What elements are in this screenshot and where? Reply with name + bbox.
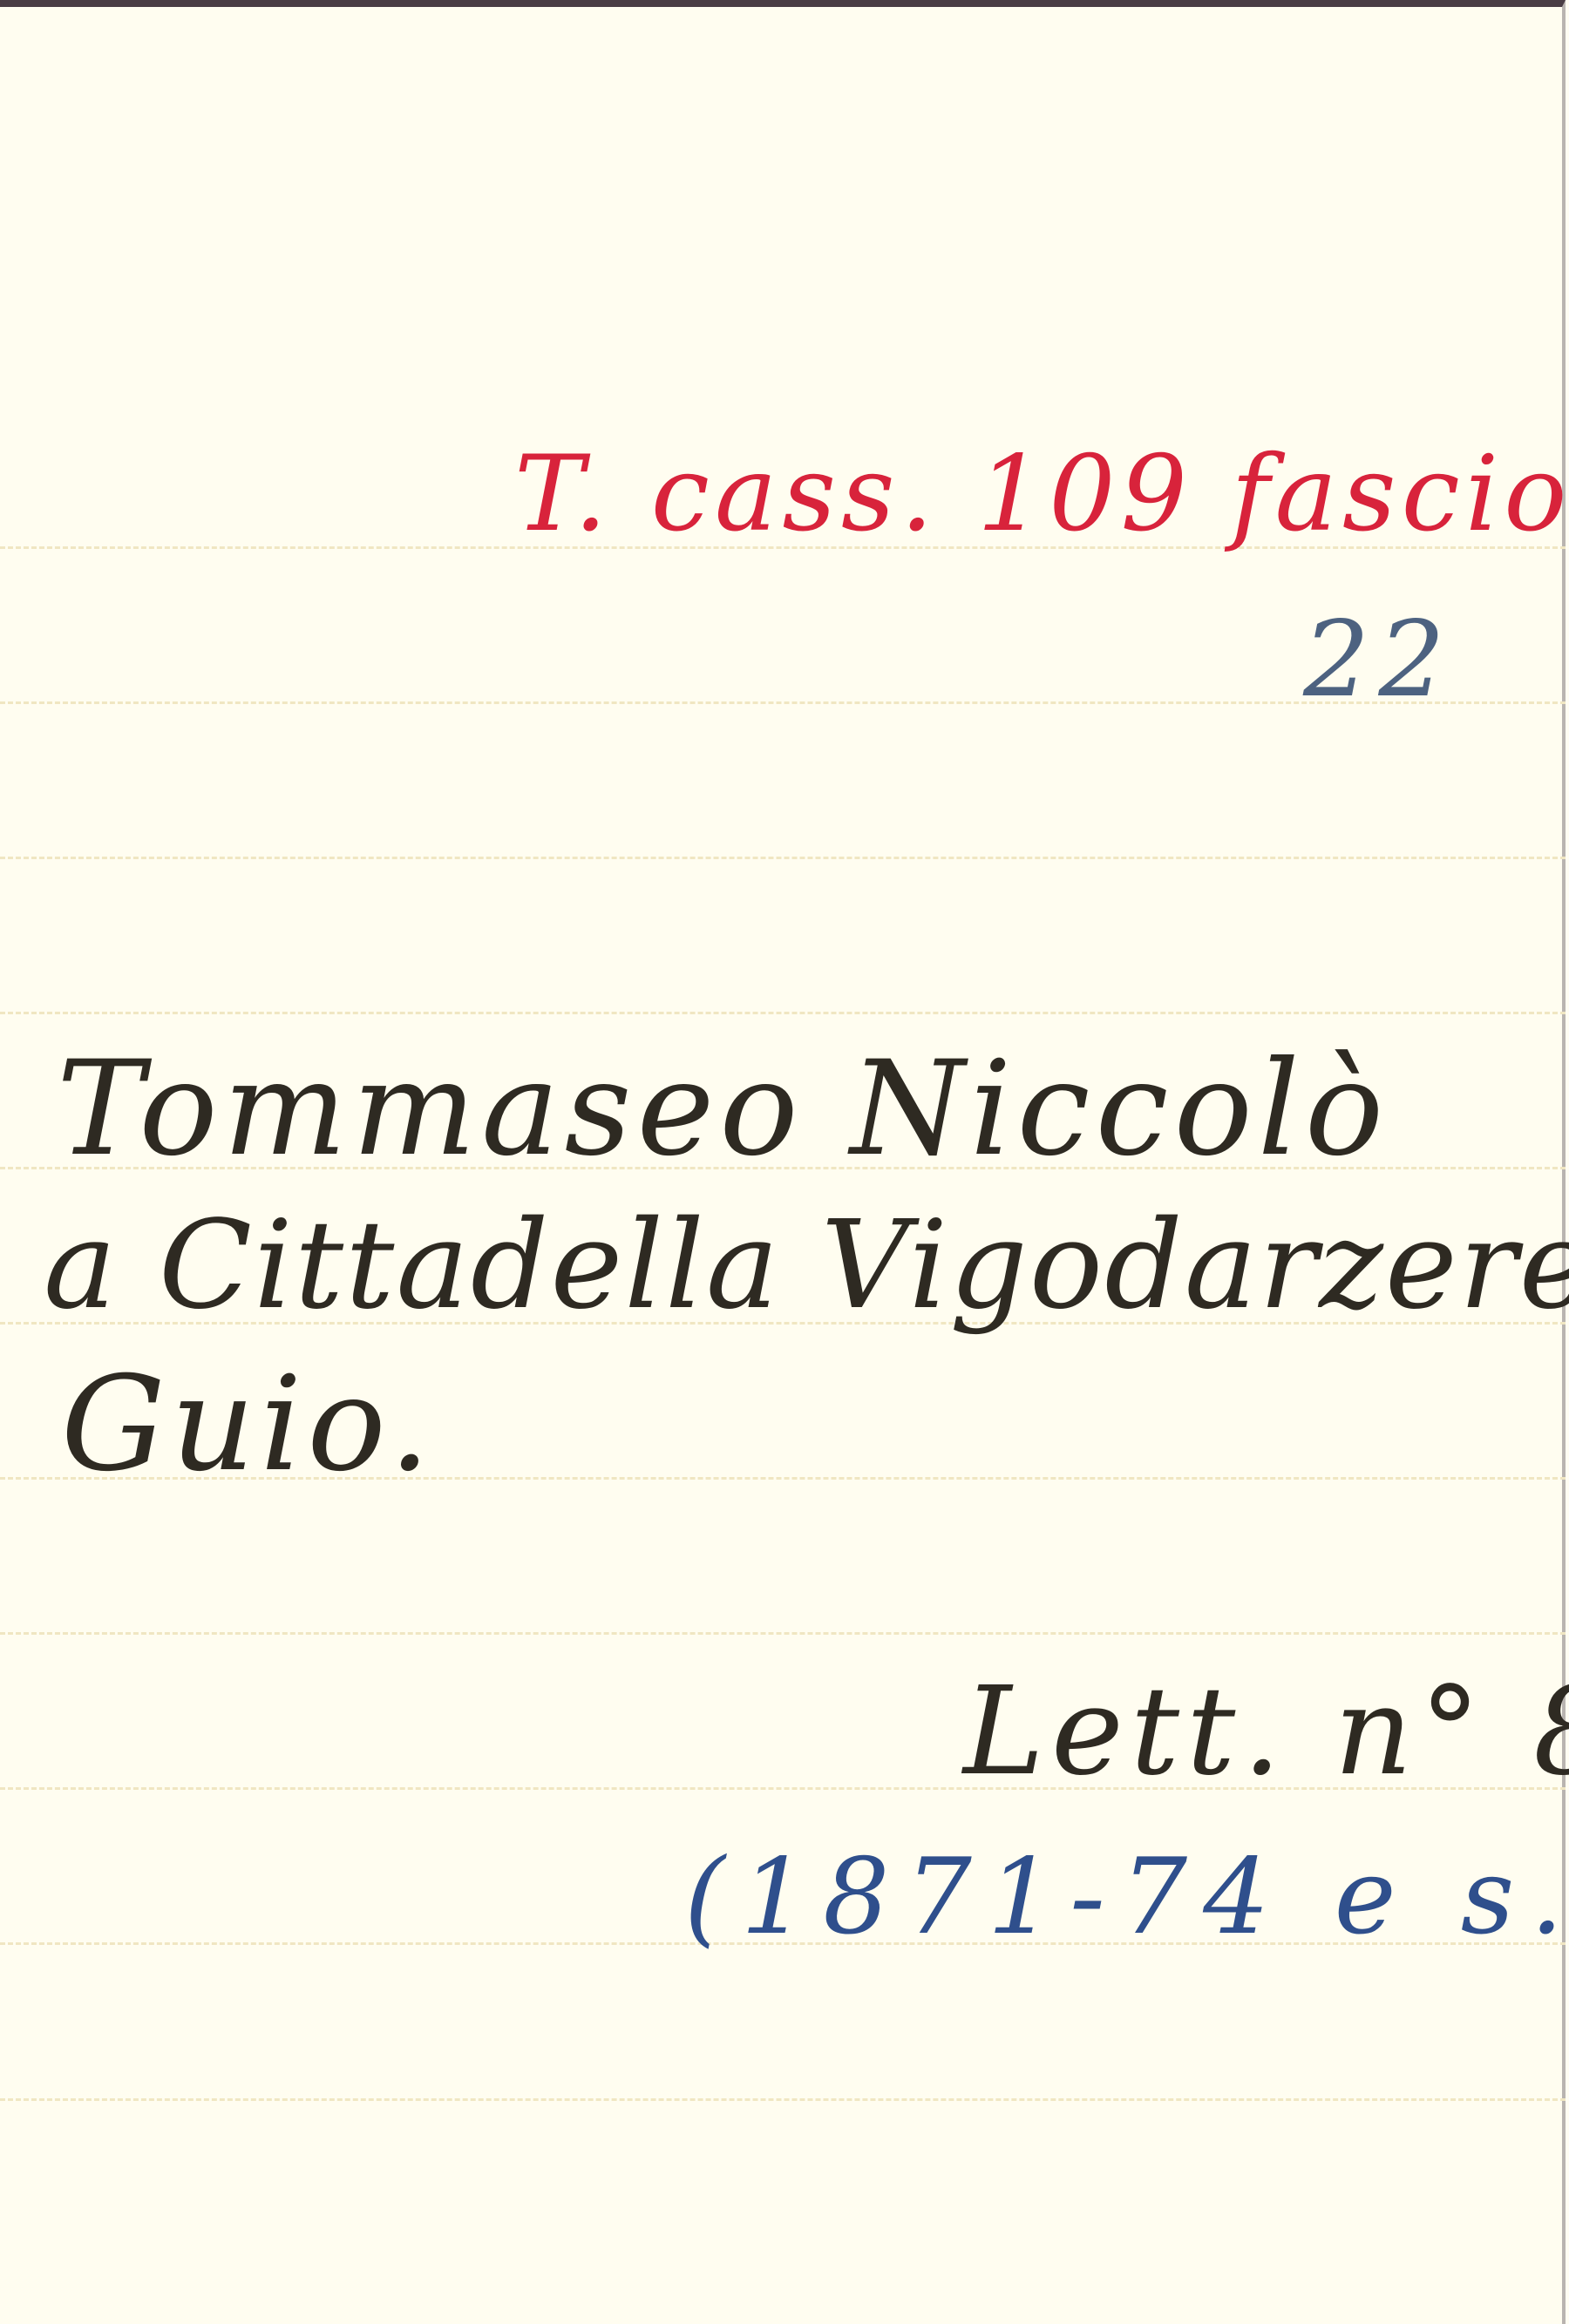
location-reference: T. cass. 109 fascio 187 [514, 443, 1569, 547]
ruled-line [0, 2098, 1566, 2101]
entry-recipient-name-line: Guio. [61, 1359, 436, 1490]
ruled-line [0, 857, 1566, 859]
entry-name-line: Tommaseo Niccolò [57, 1044, 1389, 1175]
date-range: (1871-74 e s.d.) [684, 1846, 1569, 1950]
ruled-line [0, 1632, 1566, 1635]
letter-count: Lett. n° 8 [963, 1671, 1569, 1793]
entry-recipient-line: a Cittadella Vigodarzere [44, 1205, 1569, 1327]
ruled-line [0, 1012, 1566, 1014]
index-card: T. cass. 109 fascio 187 22 Tommaseo Nicc… [0, 0, 1566, 2324]
sequence-number: 22 [1303, 608, 1454, 713]
